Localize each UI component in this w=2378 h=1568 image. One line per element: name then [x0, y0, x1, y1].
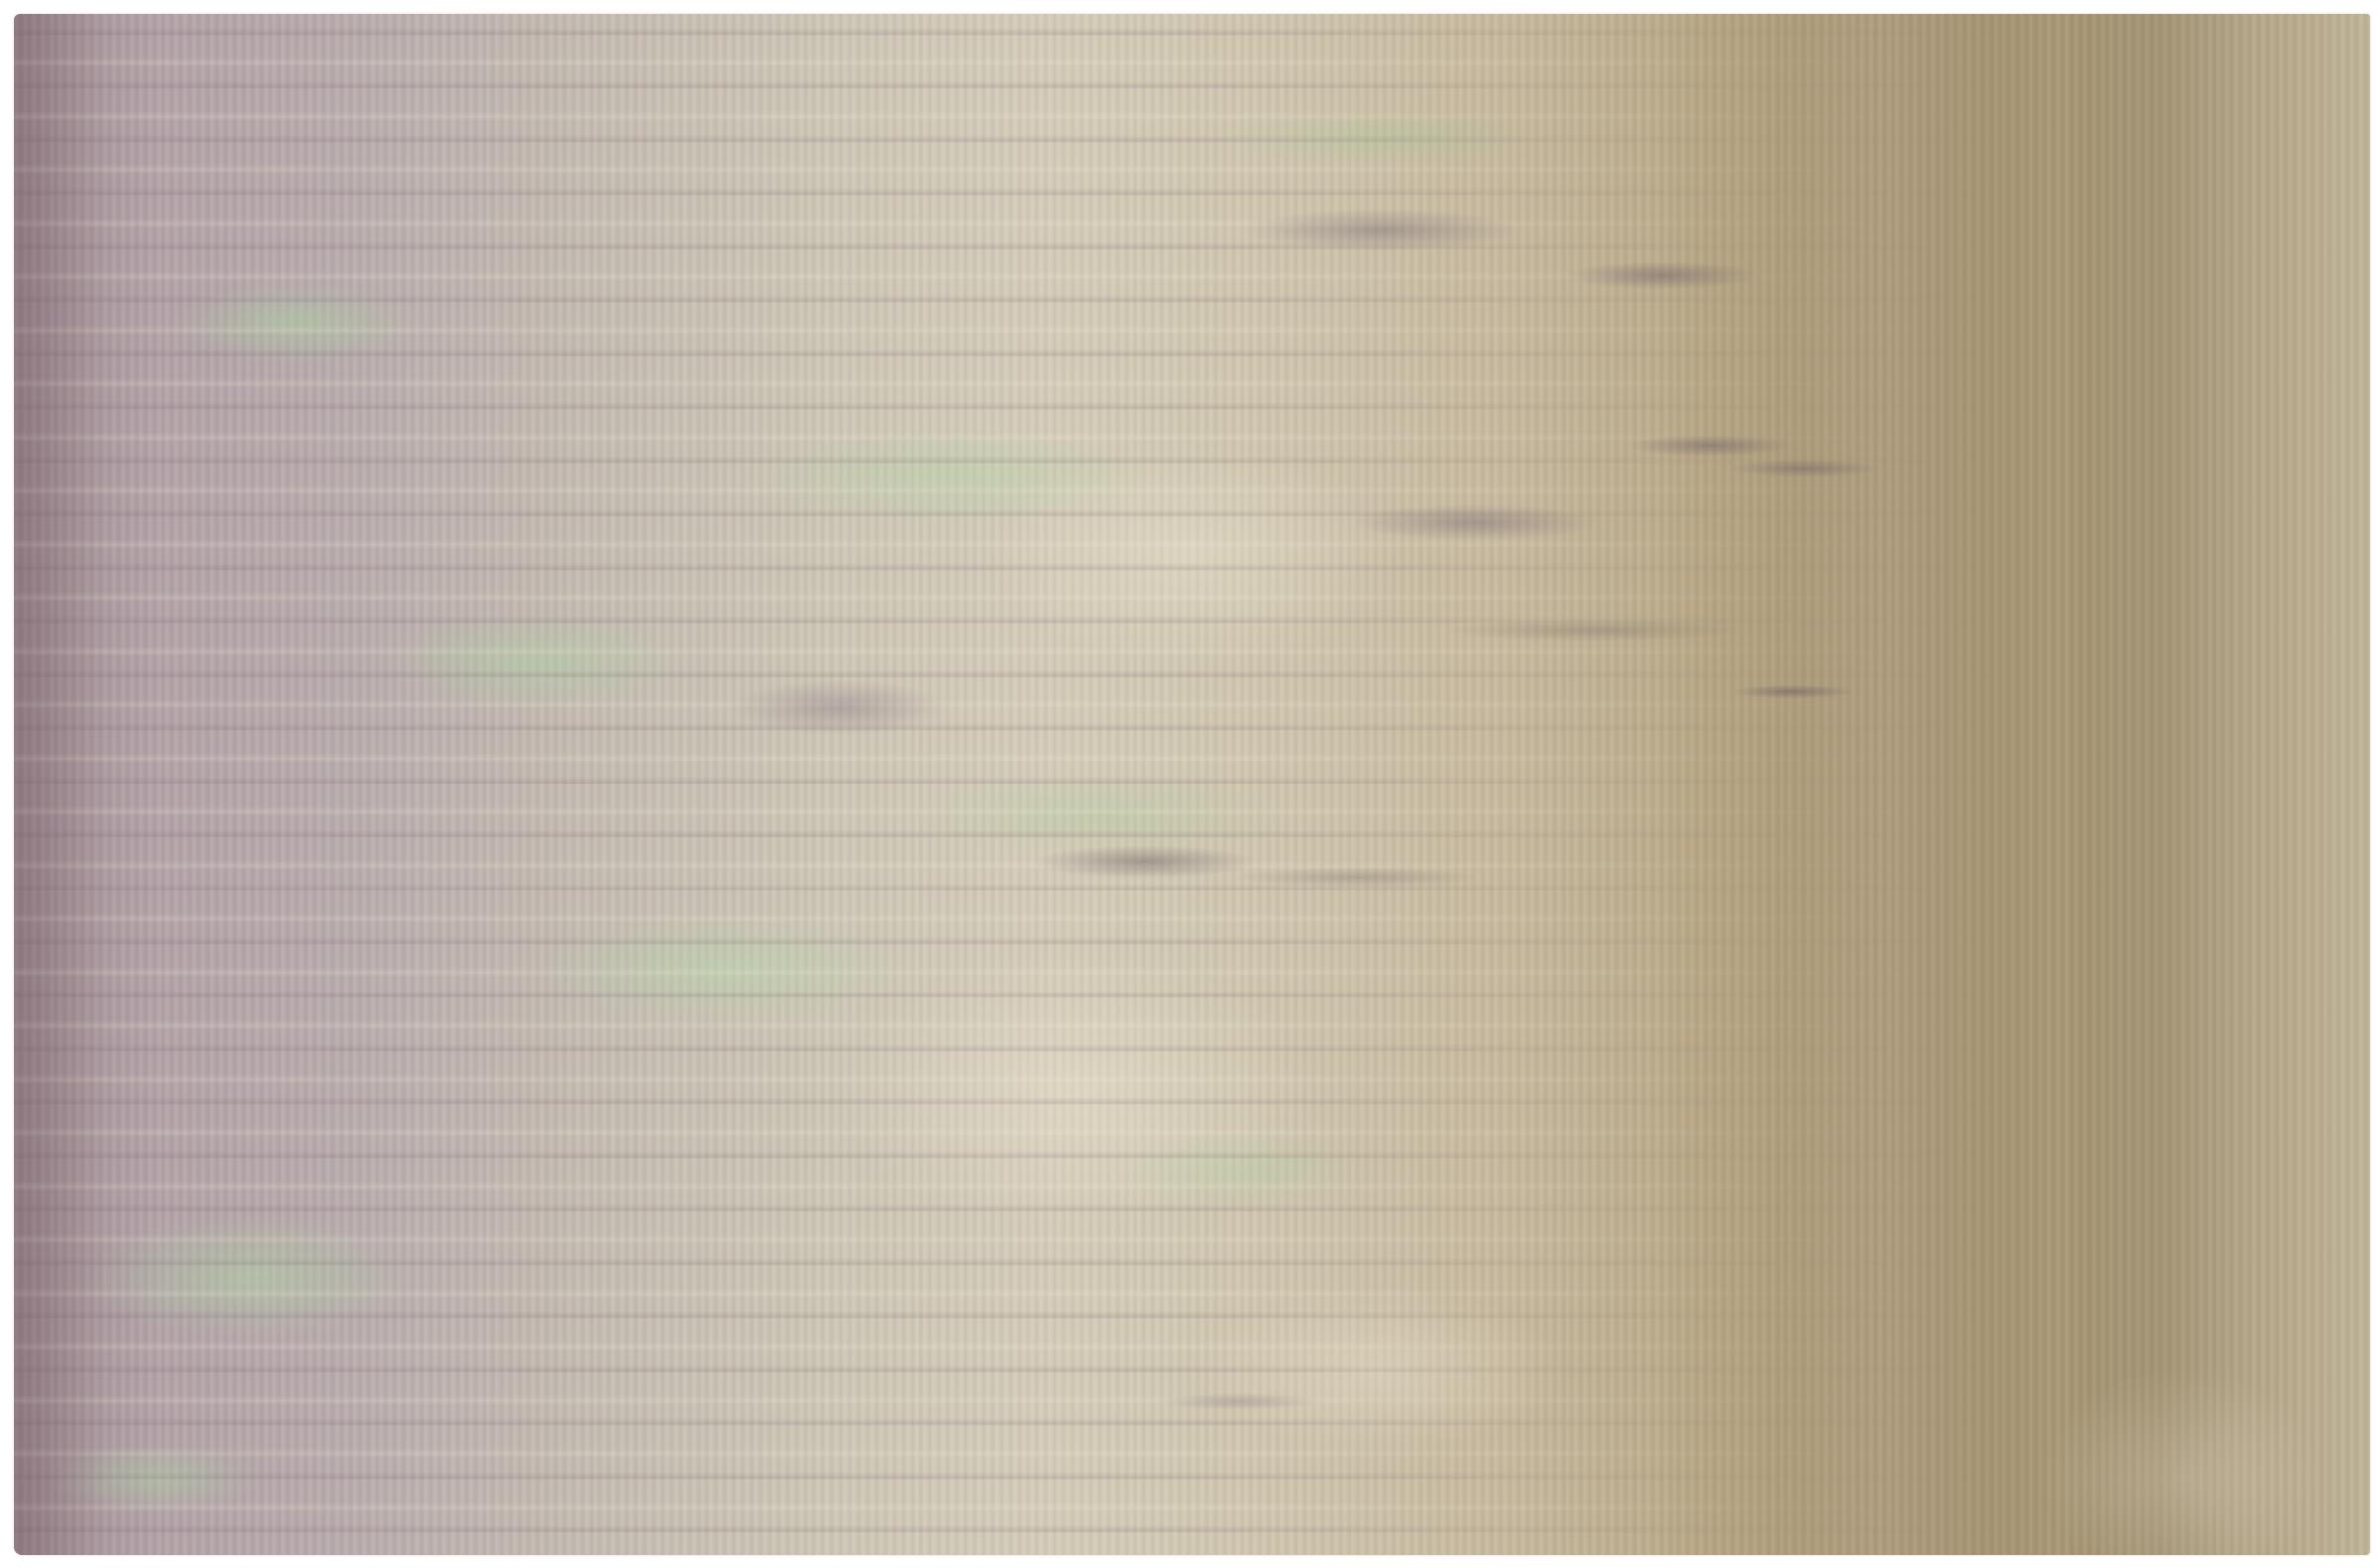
photo-scene	[0, 0, 2378, 1568]
rug-taupe-banding	[14, 14, 2370, 1555]
rug	[14, 14, 2370, 1555]
